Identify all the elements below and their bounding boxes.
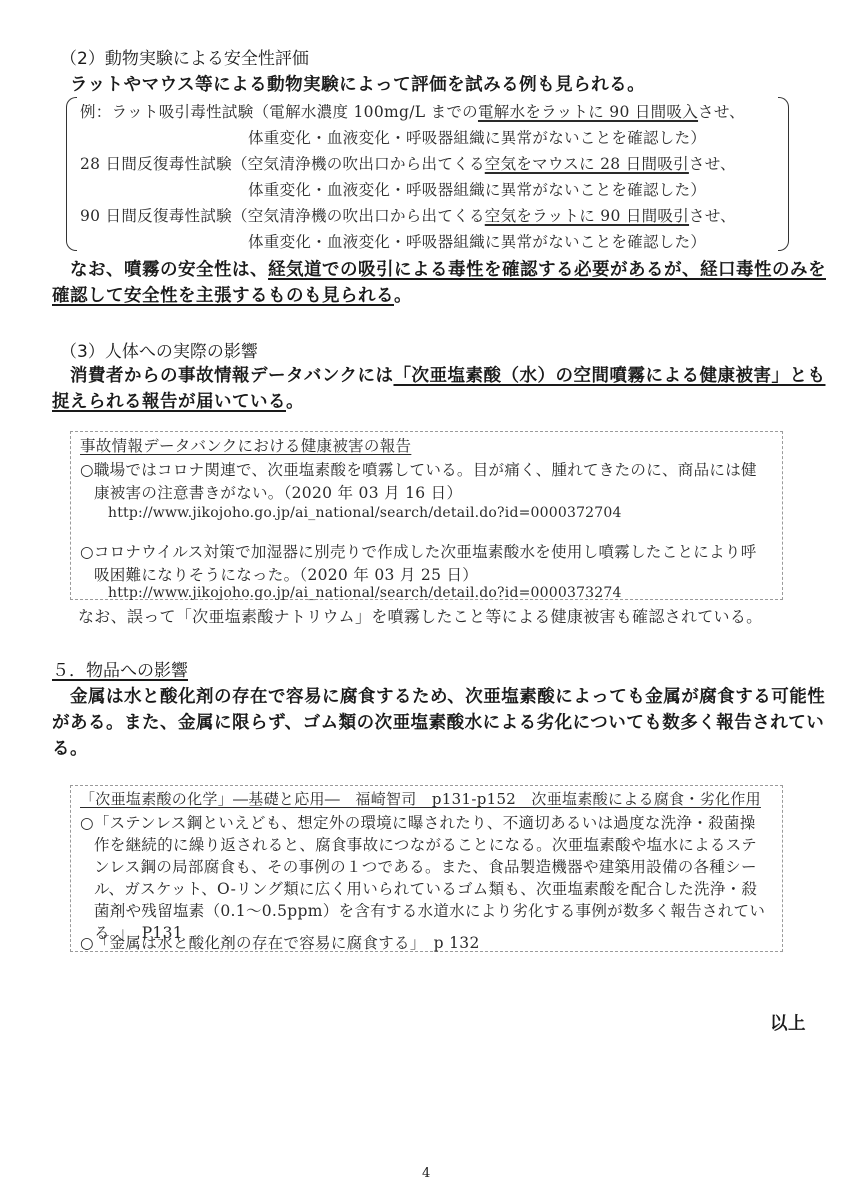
bracket-left: [66, 97, 77, 251]
example-2-line2: 体重変化・血液変化・呼吸器組織に異常がないことを確認した）: [248, 178, 706, 200]
section-2-note-line1: なお、噴霧の安全性は、経気道での吸引による毒性を確認する必要があるが、経口毒性の…: [70, 256, 826, 281]
quote-line-3: ンレス鋼の局部腐食も、その事例の１つである。また、食品製造機器や建築用設備の各種…: [94, 855, 757, 877]
para-underlined-2: 捉えられる報告が届いている: [52, 392, 286, 412]
section-2-note-line2: 確認して安全性を主張するものも見られる。: [52, 282, 412, 307]
example-2-text: 28 日間反復毒性試験（空気清浄機の吹出口から出てくる: [80, 155, 485, 173]
section-2-intro: ラットやマウス等による動物実験によって評価を試みる例も見られる。: [70, 71, 645, 96]
section-3-after-note: なお、誤って「次亜塩素酸ナトリウム」を噴霧したこと等による健康被害も確認されてい…: [78, 604, 762, 627]
example-1-line2: 体重変化・血液変化・呼吸器組織に異常がないことを確認した）: [248, 126, 706, 148]
quote-line-2: 作を継続的に繰り返されると、腐食事故につながることになる。次亜塩素酸や塩水による…: [94, 833, 757, 855]
note-underlined-1: 経気道での吸引による毒性を確認する必要があるが、経口毒性のみを: [268, 260, 826, 280]
quote-line-1: ○「ステンレス鋼といえども、想定外の環境に曝されたり、不適切あるいは過度な洗浄・…: [80, 811, 756, 833]
note-prefix: なお、噴霧の安全性は、: [70, 260, 268, 280]
example-1-underlined: 電解水をラットに 90 日間吸入: [478, 103, 698, 121]
para-prefix: 消費者からの事故情報データバンクには: [70, 366, 393, 386]
incident-box-title: 事故情報データバンクにおける健康被害の報告: [80, 434, 411, 456]
page-number: 4: [422, 1166, 430, 1181]
report-2-line1: ○コロナウイルス対策で加湿器に別売りで作成した次亜塩素酸水を使用し噴霧したことに…: [80, 540, 757, 562]
quote-line-4: ル、ガスケット、O-リング類に広く用いられているゴム類も、次亜塩素酸を配合した洗…: [94, 877, 757, 899]
note-suffix: 。: [394, 286, 412, 306]
section-5-para-line2: がある。また、金属に限らず、ゴム類の次亜塩素酸水による劣化についても数多く報告さ…: [52, 709, 824, 734]
report-1-line1: ○職場ではコロナ関連で、次亜塩素酸を噴霧している。目が痛く、腫れてきたのに、商品…: [80, 458, 757, 480]
example-2-line1: 28 日間反復毒性試験（空気清浄機の吹出口から出てくる空気をマウスに 28 日間…: [80, 152, 736, 174]
reference-box-title: 「次亜塩素酸の化学」―基礎と応用― 福崎智司 p131-p152 次亜塩素酸によ…: [80, 788, 761, 809]
section-2-heading: （2）動物実験による安全性評価: [60, 44, 309, 69]
note-underlined-2: 確認して安全性を主張するものも見られる: [52, 286, 394, 306]
para-suffix: 。: [286, 392, 304, 412]
section-5-para-line1: 金属は水と酸化剤の存在で容易に腐食するため、次亜塩素酸によっても金属が腐食する可…: [70, 683, 825, 708]
quote-line-5: 菌剤や残留塩素（0.1～0.5ppm）を含有する水道水により劣化する事例が数多く…: [94, 899, 765, 921]
example-2-underlined: 空気をマウスに 28 日間吸引: [485, 155, 689, 173]
section-5-heading: ５．物品への影響: [52, 656, 188, 681]
section-3-heading: （3）人体への実際の影響: [60, 337, 258, 362]
example-3-line2: 体重変化・血液変化・呼吸器組織に異常がないことを確認した）: [248, 230, 706, 252]
report-1-url[interactable]: http://www.jikojoho.go.jp/ai_national/se…: [108, 505, 622, 521]
example-3-underlined: 空気をラットに 90 日間吸引: [485, 207, 689, 225]
report-1-line2: 康被害の注意書きがない。（2020 年 03 月 16 日）: [94, 481, 462, 503]
section-5-para-line3: る。: [52, 735, 88, 760]
report-2-line2: 吸困難になりそうになった。（2020 年 03 月 25 日）: [94, 563, 478, 585]
section-3-para-line1: 消費者からの事故情報データバンクには「次亜塩素酸（水）の空間噴霧による健康被害」…: [70, 362, 825, 387]
example-1-line1: 例：ラット吸引毒性試験（電解水濃度 100mg/L までの電解水をラットに 90…: [80, 100, 745, 122]
example-3-text: 90 日間反復毒性試験（空気清浄機の吹出口から出てくる: [80, 207, 485, 225]
example-1-text: 例：ラット吸引毒性試験（電解水濃度 100mg/L までの: [80, 103, 478, 121]
closing-text: 以上: [770, 1010, 806, 1035]
example-3-suffix: させ、: [689, 207, 736, 225]
example-1-suffix: させ、: [698, 103, 745, 121]
para-underlined-1: 「次亜塩素酸（水）の空間噴霧による健康被害」とも: [393, 366, 825, 386]
bracket-right: [778, 97, 789, 251]
example-2-suffix: させ、: [689, 155, 736, 173]
example-3-line1: 90 日間反復毒性試験（空気清浄機の吹出口から出てくる空気をラットに 90 日間…: [80, 204, 736, 226]
report-2-url[interactable]: http://www.jikojoho.go.jp/ai_national/se…: [108, 585, 622, 601]
section-3-para-line2: 捉えられる報告が届いている。: [52, 388, 304, 413]
quote-2: ○「金属は水と酸化剤の存在で容易に腐食する」 p 132: [80, 931, 480, 953]
